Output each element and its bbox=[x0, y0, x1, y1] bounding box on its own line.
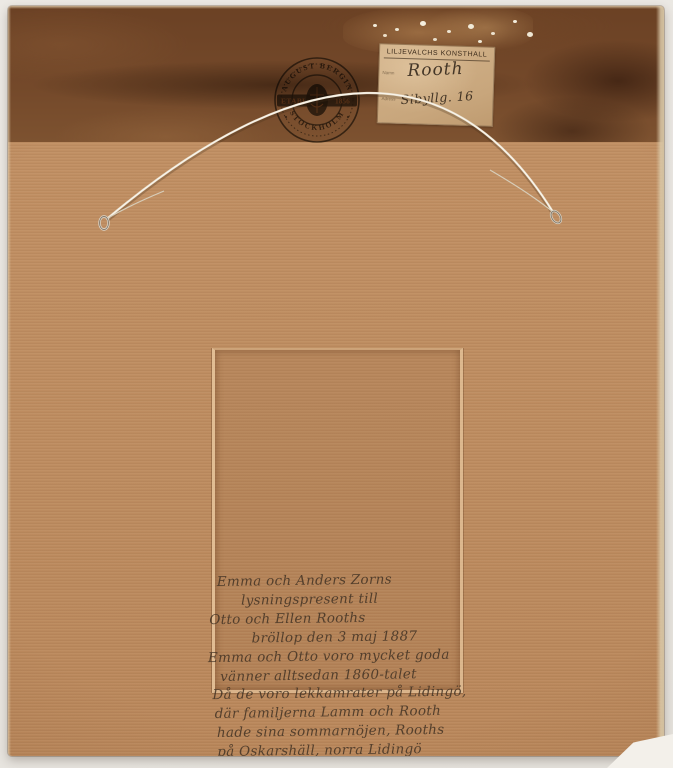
paper-fleck bbox=[373, 24, 377, 27]
stamp-etabl-text: ETABL. bbox=[281, 97, 310, 106]
stamp-year-text: 1856 bbox=[335, 97, 350, 106]
board-edge-right bbox=[656, 6, 664, 756]
stamp-emblem bbox=[306, 84, 328, 116]
handwritten-address: Sibyllg. 16 bbox=[400, 88, 474, 107]
label-field-name: Namn bbox=[382, 71, 394, 76]
handwritten-name: Rooth bbox=[407, 59, 464, 81]
dedication-inscription: Emma och Anders Zorns lysningspresent ti… bbox=[199, 569, 522, 756]
frame-back-board: AUGUST BERGIN STOCKHOLM ETABL. 1856 LILJ… bbox=[8, 6, 664, 756]
gallery-label: LILJEVALCHS KONSTHALL Namn Adress Rooth … bbox=[377, 43, 495, 127]
label-field-address: Adress bbox=[381, 97, 395, 102]
makers-stamp: AUGUST BERGIN STOCKHOLM ETABL. 1856 bbox=[274, 57, 360, 143]
board-edge-left bbox=[8, 6, 11, 756]
